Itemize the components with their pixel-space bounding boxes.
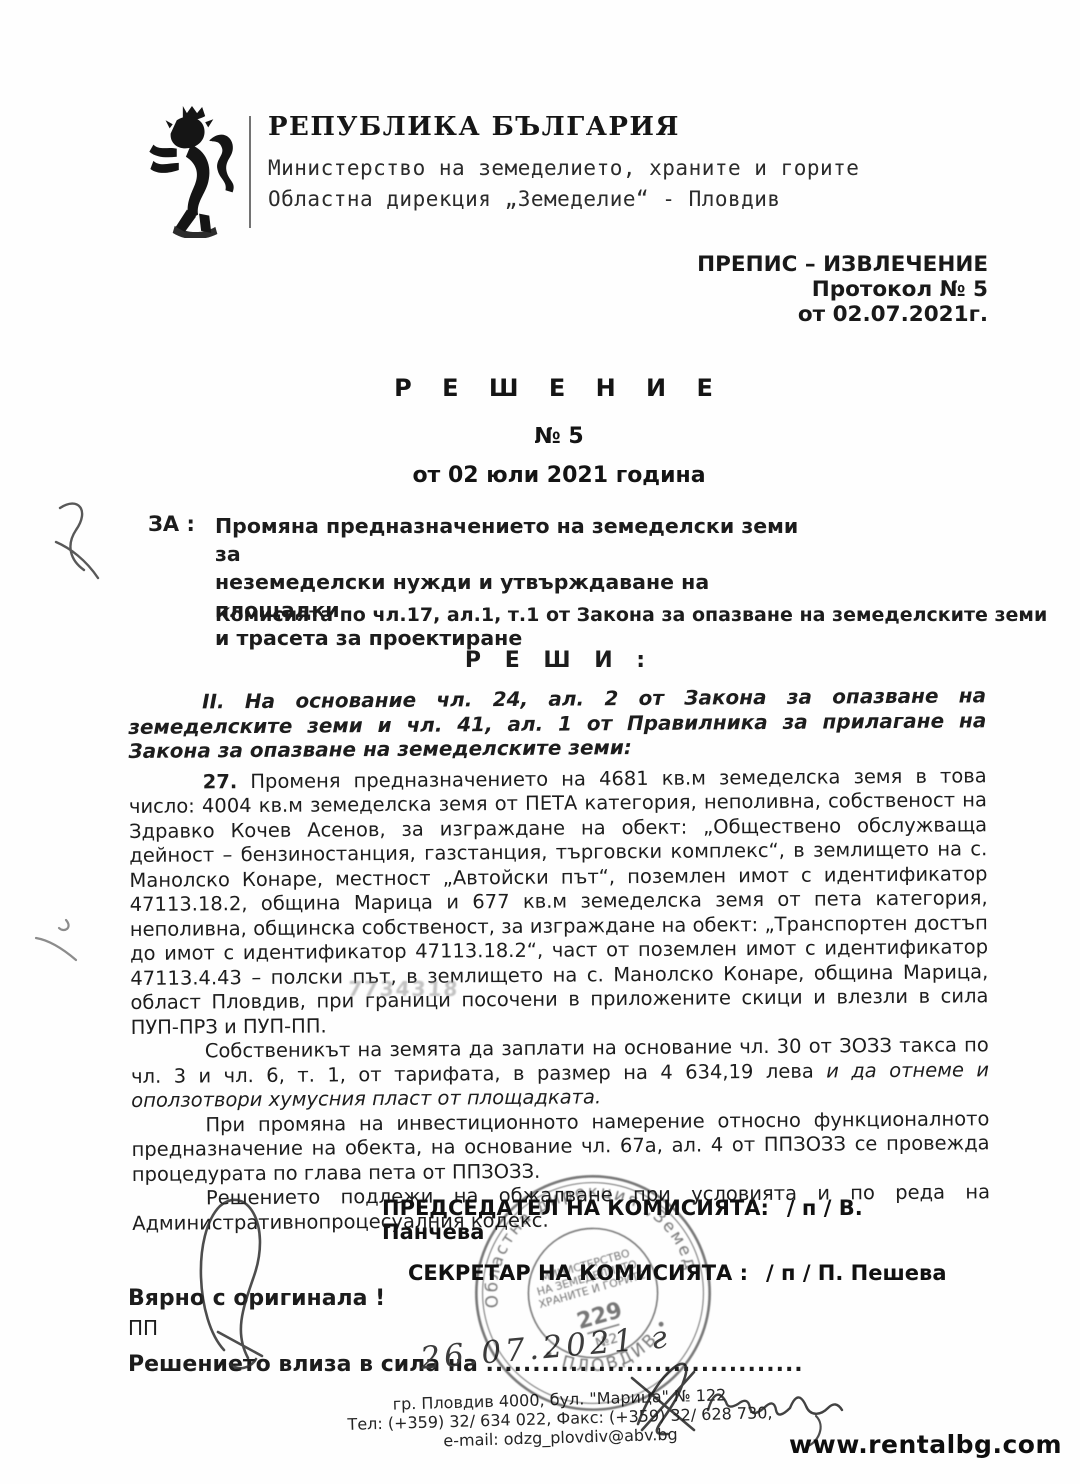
secretary-label: СЕКРЕТАР НА КОМИСИЯТА : (408, 1261, 748, 1285)
pen-mark-margin-top (42, 498, 118, 594)
decision-body: II. На основание чл. 24, ал. 2 от Закона… (128, 683, 990, 1236)
pen-mark-loop (172, 1192, 312, 1372)
pen-mark-margin-middle (26, 912, 90, 972)
stamp-sub-number: №2 (594, 1330, 620, 1352)
secretary-signed: / п / П. Пешева (766, 1261, 946, 1285)
signature-block: ПРЕДСЕДАТЕЛ НА КОМИСИЯТА:/ п / В. Панчев… (382, 1196, 962, 1285)
header-divider (249, 116, 251, 228)
coat-of-arms-lion-icon (146, 104, 240, 238)
resolved-heading: Р Е Ш И : (130, 648, 988, 673)
subject-label: ЗА : (148, 512, 195, 536)
chairman-row: ПРЕДСЕДАТЕЛ НА КОМИСИЯТА:/ п / В. Панчев… (382, 1196, 962, 1244)
initials: ПП (128, 1316, 158, 1340)
ministry-line: Министерство на земеделието, храните и г… (268, 156, 988, 180)
chairman-label: ПРЕДСЕДАТЕЛ НА КОМИСИЯТА: (382, 1196, 769, 1220)
protocol-date: от 02.07.2021г. (697, 302, 988, 327)
site-watermark: www.rentalbg.com (789, 1430, 1062, 1459)
paragraph-27-number: 27. (203, 770, 238, 793)
protocol-number: Протокол № 5 (697, 277, 988, 302)
decision-date: от 02 юли 2021 година (130, 463, 988, 488)
faint-stamp-imprint: 7734318 (347, 977, 460, 1001)
secretary-row: СЕКРЕТАР НА КОМИСИЯТА :/ п / П. Пешева (408, 1261, 962, 1285)
scanned-decision-document: РЕПУБЛИКА БЪЛГАРИЯ Министерство на земед… (0, 0, 1080, 1484)
transcript-block: ПРЕПИС – ИЗВЛЕЧЕНИЕ Протокол № 5 от 02.0… (697, 252, 988, 327)
republic-title: РЕПУБЛИКА БЪЛГАРИЯ (268, 112, 988, 142)
decision-title: Р Е Ш Е Н И Е (130, 374, 988, 402)
paragraph-27-text: Променя предназначението на 4681 кв.м зе… (129, 764, 989, 1039)
transcript-title: ПРЕПИС – ИЗВЛЕЧЕНИЕ (697, 252, 988, 277)
paragraph-fee: Собственикът на земята да заплати на осн… (131, 1033, 990, 1113)
letterhead: РЕПУБЛИКА БЪЛГАРИЯ Министерство на земед… (268, 112, 988, 211)
subject-text: Промяна предназначението на земеделски з… (215, 512, 815, 652)
paragraph-legal-basis: II. На основание чл. 24, ал. 2 от Закона… (128, 683, 987, 763)
subject-line: Промяна предназначението на земеделски з… (215, 512, 815, 568)
commission-line: Комисията по чл.17, ал.1, т.1 от Закона … (215, 604, 1005, 626)
directorate-line: Областна дирекция „Земеделие“ - Пловдив (268, 187, 988, 211)
decision-number: № 5 (130, 424, 988, 449)
paragraph-27: 27. Променя предназначението на 4681 кв.… (129, 764, 989, 1040)
decision-heading: Р Е Ш Е Н И Е № 5 от 02 юли 2021 година (130, 374, 988, 488)
